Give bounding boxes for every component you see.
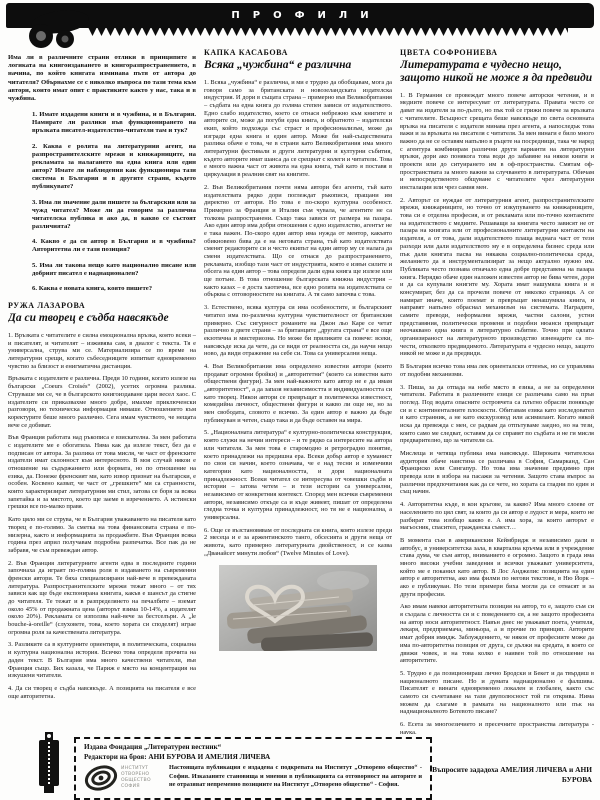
page-footer: Издава Фондация „Литературен вестник“ Ре… bbox=[0, 734, 600, 800]
author-name-kasabova: КАПКА КАСАБОВА bbox=[204, 48, 392, 57]
intro-lead: Има ли в различните страни отлики в прин… bbox=[8, 54, 196, 103]
column-middle: КАПКА КАСАБОВА Всяка „чужбина“ е различн… bbox=[204, 46, 392, 734]
publisher-line: Издава Фондация „Литературен вестник“ bbox=[84, 743, 422, 751]
disclaimer-text: Настоящата публикация е издадена с подкр… bbox=[169, 764, 422, 790]
article-paragraph: 5. „Националната литература“ е културно-… bbox=[204, 429, 392, 521]
article-paragraph: 6. Есета за многоезичието и пресечните п… bbox=[400, 721, 594, 734]
intro-question: 5. Има ли такова нещо като национално пи… bbox=[32, 262, 196, 278]
intro-questions: 1. Имате издадени книги и в чужбина, и в… bbox=[8, 111, 196, 293]
article-paragraph: 4. Авторитетна къде, в кои кръгове, за к… bbox=[400, 501, 594, 532]
article-paragraph: 6. Още се възстановявам от последната си… bbox=[204, 527, 392, 558]
intro-question: 1. Имате издадени книги и в чужбина, и в… bbox=[32, 111, 196, 136]
article-paragraph: Като цяло ми се струва, че в България ув… bbox=[8, 516, 196, 554]
zipper-icon bbox=[36, 732, 62, 794]
author-name-lazarova: РУЖА ЛАЗАРОВА bbox=[8, 301, 196, 310]
article-body-lazarova: 1. Връзката с читателите е силна емоцион… bbox=[8, 332, 196, 700]
intro-question: 6. Каква е новата книга, която пишете? bbox=[32, 285, 196, 293]
column-right: ЦВЕТА СОФРОНИЕВА Литературата е чудесно … bbox=[400, 46, 594, 734]
institute-label: ИНСТИТУТ ОТВОРЕНО ОБЩЕСТВО СОФИЯ bbox=[121, 766, 163, 791]
books-heart-photo bbox=[219, 565, 377, 656]
article-paragraph: Ако имам навеки авторитетната позиция на… bbox=[400, 603, 594, 665]
article-body-kasabova: 1. Всяка „чужбина“ е различна, и ми е тр… bbox=[204, 79, 392, 558]
article-paragraph: 4. Във Великобритания има определено изв… bbox=[204, 363, 392, 425]
article-paragraph: 3. Разликите са в културните ориентири, … bbox=[8, 641, 196, 679]
article-paragraph: 5. Трудно е да позиционираш лично Бродск… bbox=[400, 670, 594, 716]
article-title-sofronieva: Литературата е чудесно нещо, защото нико… bbox=[400, 59, 594, 85]
masthead-band: ПРОФИЛИ bbox=[6, 3, 594, 28]
article-paragraph: 2. Във Франция литературните агенти едва… bbox=[8, 560, 196, 637]
article-paragraph: В момента съм в американския Кеймбридж и… bbox=[400, 537, 594, 599]
author-name-sofronieva: ЦВЕТА СОФРОНИЕВА bbox=[400, 48, 594, 57]
article-body-sofronieva: 1. В Германия се провеждат много повече … bbox=[400, 92, 594, 734]
article-paragraph: Мислеща и четяща публика има навсякъде. … bbox=[400, 450, 594, 496]
section-title: ПРОФИЛИ bbox=[6, 3, 594, 28]
article-paragraph: 2. Авторът се нуждае от литературния аге… bbox=[400, 197, 594, 358]
article-paragraph: 3. Естествено, всяка култура си има особ… bbox=[204, 304, 392, 358]
article-paragraph: 1. Всяка „чужбина“ е различна, и ми е тр… bbox=[204, 79, 392, 179]
article-paragraph: 3. Пиша, за да отпада на небе място в ез… bbox=[400, 384, 594, 446]
saw-teeth-graphic bbox=[88, 27, 568, 36]
article-paragraph: 1. В Германия се провеждат много повече … bbox=[400, 92, 594, 192]
article-paragraph: 2. Във Великобритания почти няма автори … bbox=[204, 184, 392, 299]
imprint-box: Издава Фондация „Литературен вестник“ Ре… bbox=[74, 737, 432, 800]
masthead: ПРОФИЛИ bbox=[0, 0, 600, 46]
article-title-kasabova: Всяка „чужбина“ е различна bbox=[204, 59, 392, 72]
article-paragraph: 1. Връзката с читателите е силна емоцион… bbox=[8, 332, 196, 370]
newspaper-page: ПРОФИЛИ Има ли в различните страни отлик… bbox=[0, 0, 600, 800]
article-columns: Има ли в различните страни отлики в прин… bbox=[8, 46, 594, 734]
intro-question: 3. Има ли значение дали пишете за българ… bbox=[32, 199, 196, 232]
article-paragraph: Връзката с издателите е различна. Преди … bbox=[8, 375, 196, 429]
intro-question: 4. Какво е да си автор в България и в чу… bbox=[32, 238, 196, 254]
article-paragraph: Във Франция работата над ръкописа е взис… bbox=[8, 434, 196, 511]
editors-line: Редактори на броя: АНИ БУРОВА И АМЕЛИЯ Л… bbox=[84, 753, 422, 761]
intro-question: 2. Каква е ролята на литературния агент,… bbox=[32, 143, 196, 192]
column-left: Има ли в различните страни отлики в прин… bbox=[8, 46, 196, 734]
article-paragraph: 4. Да си творец е съдба навсякъде. А поз… bbox=[8, 685, 196, 700]
article-paragraph: В България всичко това има лек ориенталс… bbox=[400, 363, 594, 378]
article-title-lazarova: Да си творец е съдба навсякъде bbox=[8, 312, 196, 325]
open-society-spiral-logo bbox=[84, 764, 118, 792]
